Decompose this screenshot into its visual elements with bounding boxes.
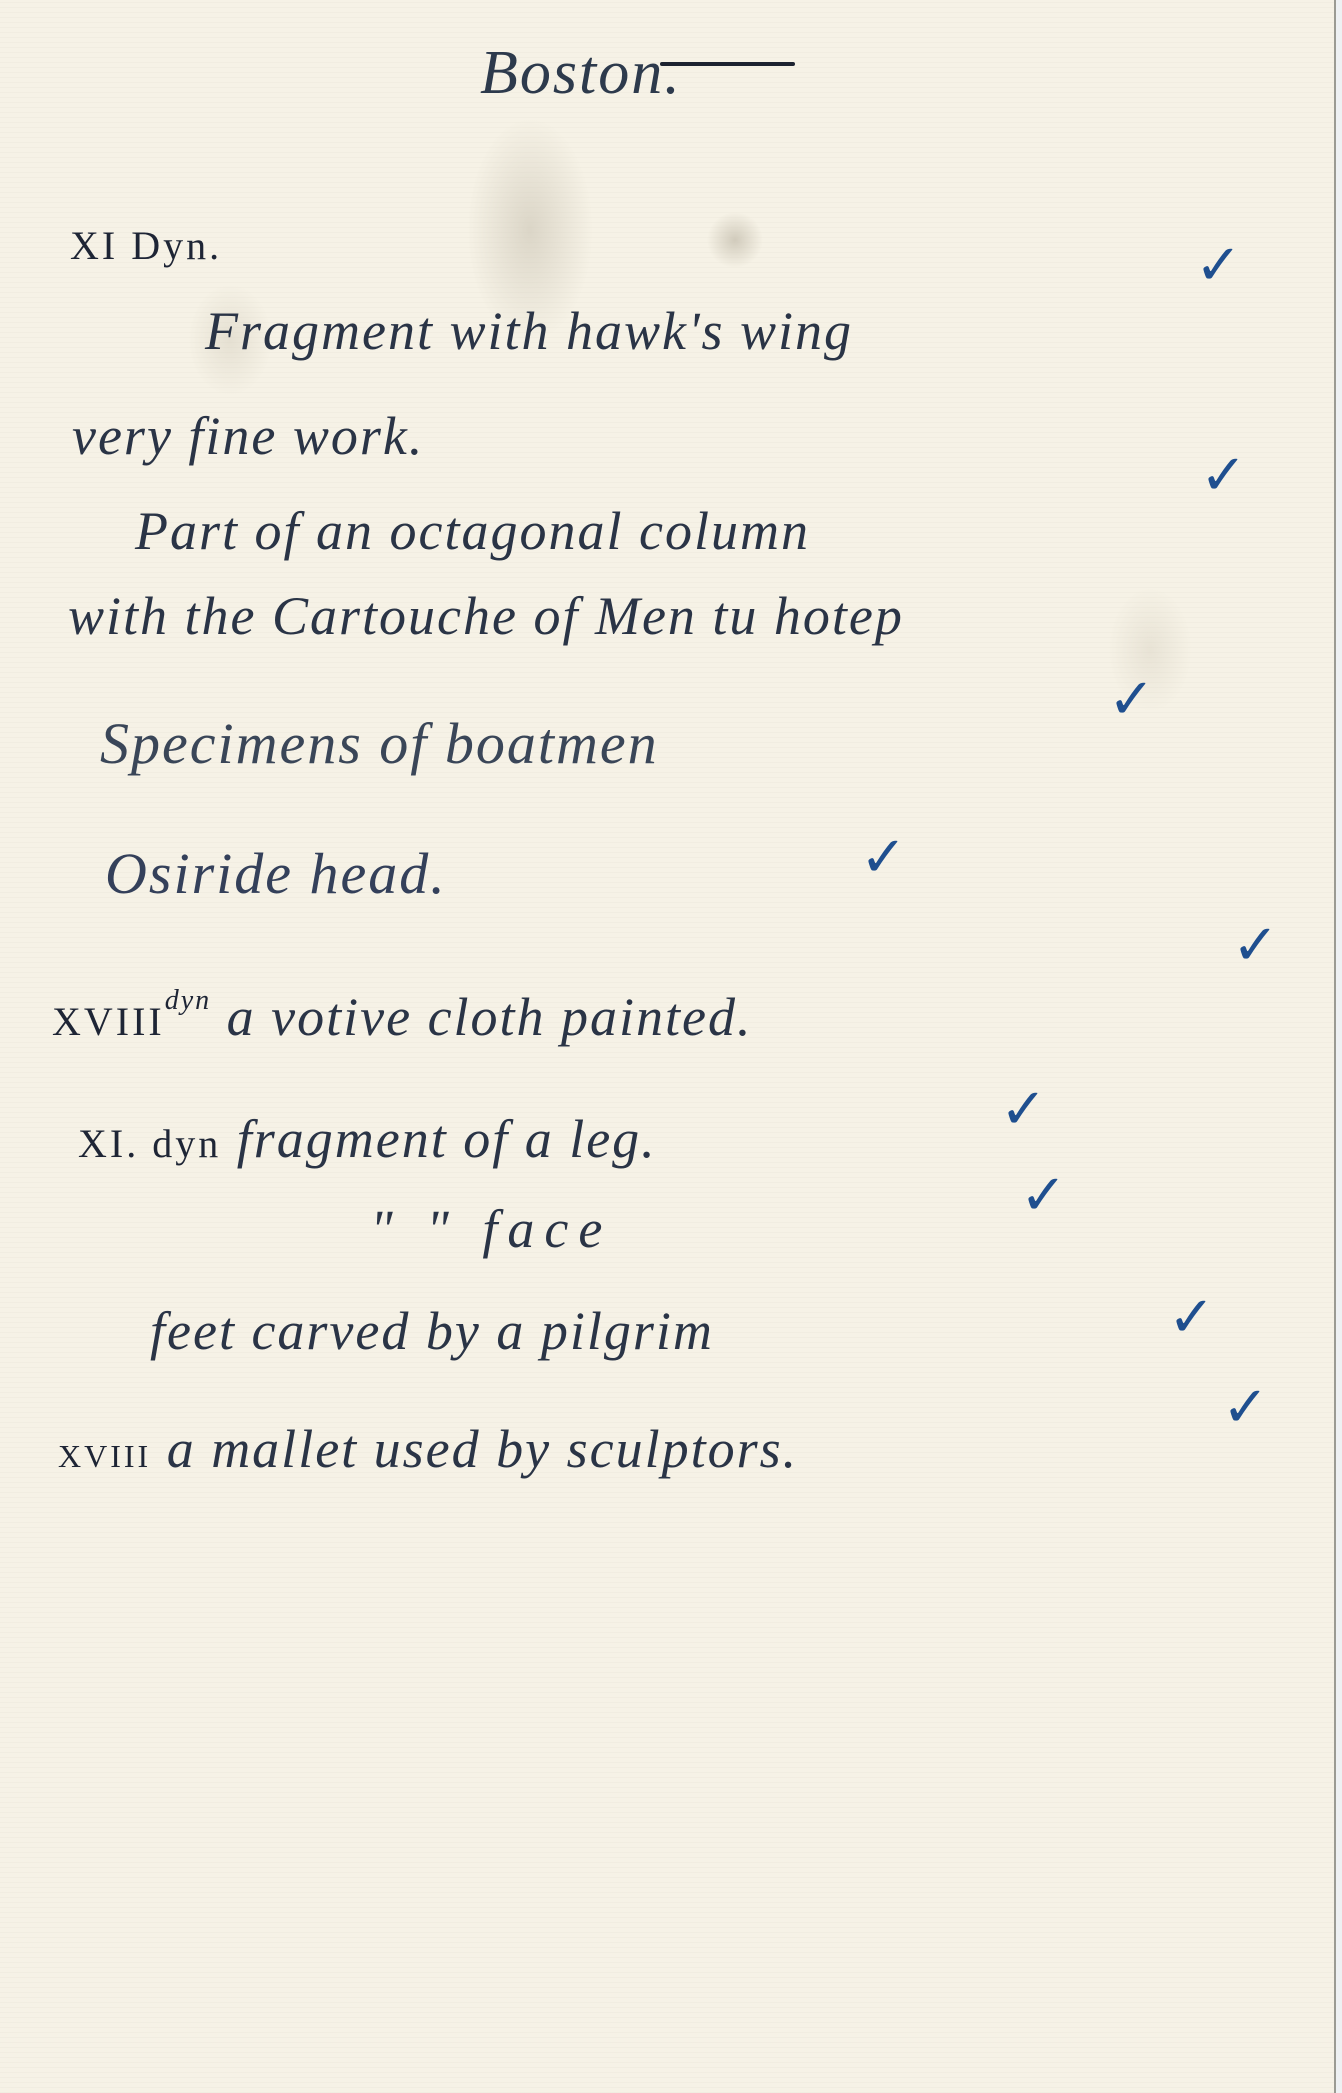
check-mark-icon: ✓: [1232, 918, 1279, 974]
entry-text: feet carved by a pilgrim: [150, 1301, 714, 1361]
check-mark-icon: ✓: [860, 830, 907, 886]
check-mark-icon: ✓: [1168, 1290, 1215, 1346]
dynasty-label: XVIII: [52, 999, 165, 1044]
heading-underline: [660, 62, 795, 66]
entry-text: a votive cloth painted.: [227, 987, 753, 1047]
dynasty-label: XI. dyn: [78, 1121, 221, 1166]
check-mark-icon: ✓: [1222, 1380, 1269, 1436]
entry-feet-carved-pilgrim: feet carved by a pilgrim: [150, 1300, 714, 1362]
entry-text: very fine work.: [72, 406, 424, 466]
entry-text: with the Cartouche of Men tu hotep: [68, 586, 904, 646]
check-mark-icon: ✓: [1200, 448, 1247, 504]
entry-text: Osiride head.: [105, 841, 447, 906]
entry-text: Specimens of boatmen: [100, 711, 659, 776]
entry-octagonal-column: Part of an octagonal column: [135, 500, 810, 562]
entry-fragment-leg: XI. dyn fragment of a leg.: [78, 1108, 657, 1170]
dynasty-label: XVIII: [58, 1438, 151, 1474]
manuscript-page: Boston. XI Dyn. Fragment with hawk's win…: [0, 0, 1336, 2093]
page-heading: Boston.: [480, 38, 682, 109]
check-mark-icon: ✓: [1020, 1168, 1067, 1224]
entry-text: " " face: [370, 1199, 612, 1259]
entry-mallet-sculptors: XVIII a mallet used by sculptors.: [58, 1418, 798, 1480]
entry-text: a mallet used by sculptors.: [167, 1419, 798, 1479]
entry-text: Fragment with hawk's wing: [205, 301, 853, 361]
check-mark-icon: ✓: [1195, 238, 1242, 294]
entry-fragment-face: " " face: [370, 1198, 612, 1260]
entry-text: fragment of a leg.: [237, 1109, 657, 1169]
entry-specimens-boatmen: Specimens of boatmen: [100, 710, 659, 777]
entry-very-fine-work: very fine work.: [72, 405, 424, 467]
dynasty-label: XI Dyn.: [70, 223, 222, 268]
entry-osiride-head: Osiride head.: [105, 840, 447, 907]
entry-text: Part of an octagonal column: [135, 501, 810, 561]
entry-votive-cloth: XVIIIdyn a votive cloth painted.: [52, 985, 753, 1048]
entry-fragment-hawk-wing: Fragment with hawk's wing: [205, 300, 853, 362]
entry-dynasty-xi-header: XI Dyn.: [70, 210, 222, 272]
dynasty-superscript: dyn: [165, 985, 211, 1016]
entry-cartouche-mentuhotep: with the Cartouche of Men tu hotep: [68, 585, 904, 647]
check-mark-icon: ✓: [1000, 1082, 1047, 1138]
check-mark-icon: ✓: [1108, 672, 1155, 728]
